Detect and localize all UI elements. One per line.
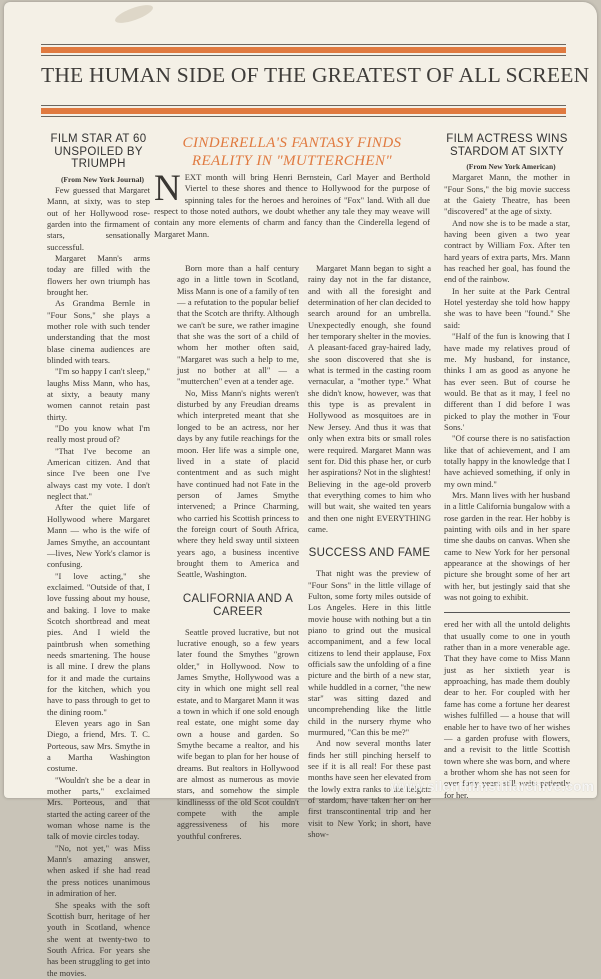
lead-text: EXT month will bring Henri Bernstein, Ca… [154,172,430,239]
paragraph: Margaret Mann, the mother in "Four Sons,… [444,172,570,217]
right-article: FILM ACTRESS WINS STARDOM AT SIXTY (From… [444,133,570,800]
continuation-paragraph: ered her with all the untold delights th… [444,619,570,800]
left-article: FILM STAR AT 60 UNSPOILED BY TRIUMPH (Fr… [47,133,150,800]
feature-column-2: Margaret Mann began to sight a rainy day… [308,263,431,800]
right-article-source: (From New York American) [444,161,570,172]
paragraph: No, Miss Mann's nights weren't disturbed… [177,388,299,581]
paragraph: In her suite at the Park Central Hotel y… [444,286,570,331]
paragraph: Few guessed that Margaret Mann, at sixty… [47,185,150,253]
watermark: www.silentfilmstillarchive.com [294,778,594,794]
column-divider [444,612,570,613]
paragraph: "Half of the fun is knowing that I have … [444,331,570,433]
paragraph: Mrs. Mann lives with her husband in a li… [444,490,570,603]
paragraph: Eleven years ago in San Diego, a friend,… [47,718,150,775]
paragraph: Margaret Mann's arms today are filled wi… [47,253,150,298]
subhead-california: CALIFORNIA AND A CAREER [177,593,299,619]
paragraph: "Do you know what I'm really most proud … [47,423,150,446]
paragraph: After the quiet life of Hollywood where … [47,502,150,570]
top-rule [41,44,566,56]
feature-lead: N EXT month will bring Henri Bernstein, … [154,172,430,240]
paragraph: And now she is to be made a star, having… [444,218,570,286]
paper-stain [113,2,155,27]
feature-column-1: Born more than a half century ago in a l… [177,263,299,800]
paragraph: "Wouldn't she be a dear in mother parts,… [47,775,150,800]
paragraph: Seattle proved lucrative, but not lucrat… [177,627,299,800]
paragraph: Margaret Mann began to sight a rainy day… [308,263,431,535]
drop-cap: N [154,174,181,204]
paragraph: Born more than a half century ago in a l… [177,263,299,388]
subhead-success: SUCCESS AND FAME [308,547,431,560]
left-article-title: FILM STAR AT 60 UNSPOILED BY TRIUMPH [47,133,150,171]
paragraph: As Grandma Bernle in "Four Sons," she pl… [47,298,150,366]
page: THE HUMAN SIDE OF THE GREATEST OF ALL SC… [4,2,597,798]
paragraph: "Of course there is no satisfaction like… [444,433,570,490]
paragraph: "I love acting," she exclaimed. "Outside… [47,571,150,718]
page-headline: THE HUMAN SIDE OF THE GREATEST OF ALL SC… [41,63,566,88]
bottom-rule [41,105,566,117]
paragraph: That night was the preview of "Four Sons… [308,568,431,738]
paragraph: "That I've become an American citizen. A… [47,446,150,503]
feature-article-title: CINDERELLA'S FANTASY FINDS REALITY IN "M… [154,135,430,170]
left-article-source: (From New York Journal) [47,174,150,185]
paragraph: "I'm so happy I can't sleep," laughs Mis… [47,366,150,423]
right-article-title: FILM ACTRESS WINS STARDOM AT SIXTY [444,133,570,158]
